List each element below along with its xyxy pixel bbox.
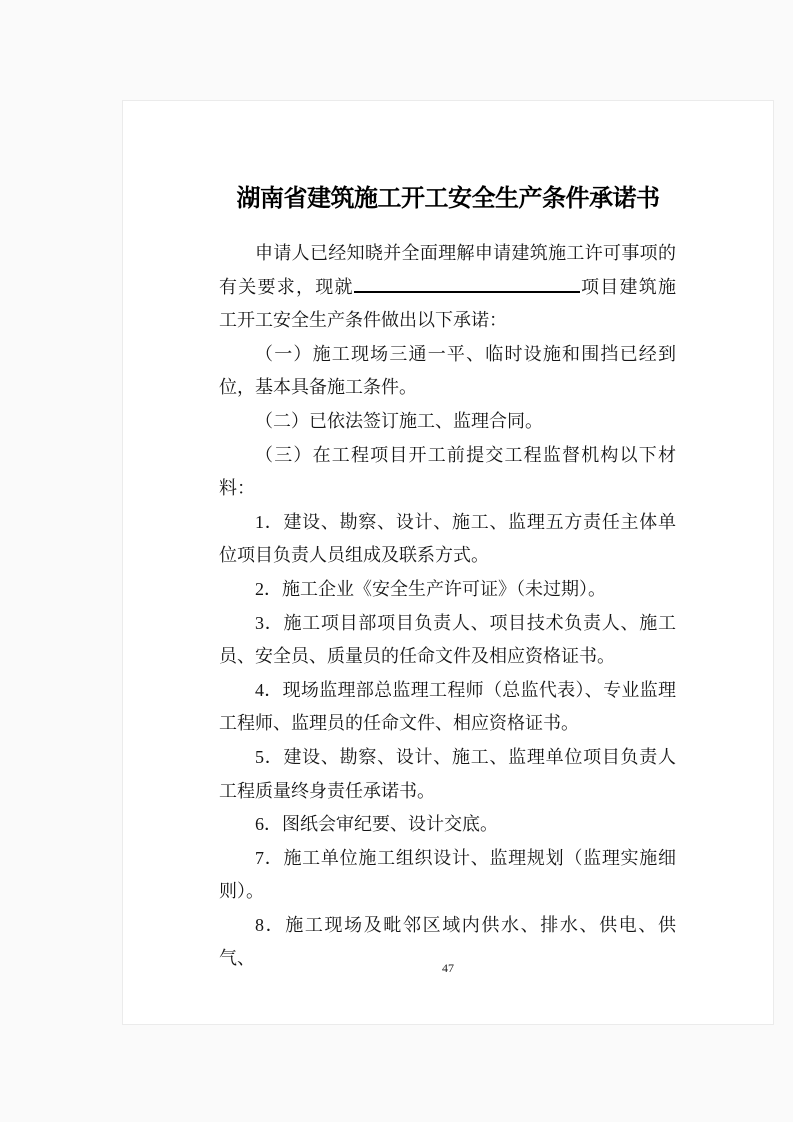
intro-paragraph: 申请人已经知晓并全面理解申请建筑施工许可事项的有关要求，现就项目建筑施工开工安全… xyxy=(219,237,676,338)
clause-item-1: （一）施工现场三通一平、临时设施和围挡已经到位，基本具备施工条件。 xyxy=(219,338,676,405)
material-item-1: 1．建设、勘察、设计、施工、监理五方责任主体单位项目负责人员组成及联系方式。 xyxy=(219,506,676,573)
material-item-5: 5．建设、勘察、设计、施工、监理单位项目负责人工程质量终身责任承诺书。 xyxy=(219,741,676,808)
project-name-blank-field xyxy=(354,273,580,293)
material-item-4: 4．现场监理部总监理工程师（总监代表）、专业监理工程师、监理员的任命文件、相应资… xyxy=(219,674,676,741)
material-item-3: 3．施工项目部项目负责人、项目技术负责人、施工员、安全员、质量员的任命文件及相应… xyxy=(219,607,676,674)
document-body: 申请人已经知晓并全面理解申请建筑施工许可事项的有关要求，现就项目建筑施工开工安全… xyxy=(123,237,773,976)
document-page: 湖南省建筑施工开工安全生产条件承诺书 申请人已经知晓并全面理解申请建筑施工许可事… xyxy=(122,100,774,1025)
material-item-2: 2．施工企业《安全生产许可证》（未过期）。 xyxy=(219,573,676,607)
document-title: 湖南省建筑施工开工安全生产条件承诺书 xyxy=(123,185,773,213)
material-item-7: 7．施工单位施工组织设计、监理规划（监理实施细则）。 xyxy=(219,842,676,909)
document-viewer: 湖南省建筑施工开工安全生产条件承诺书 申请人已经知晓并全面理解申请建筑施工许可事… xyxy=(0,0,793,1122)
page-number: 47 xyxy=(123,961,773,976)
clause-item-3: （三）在工程项目开工前提交工程监督机构以下材料： xyxy=(219,439,676,506)
material-item-6: 6．图纸会审纪要、设计交底。 xyxy=(219,808,676,842)
clause-item-2: （二）已依法签订施工、监理合同。 xyxy=(219,405,676,439)
